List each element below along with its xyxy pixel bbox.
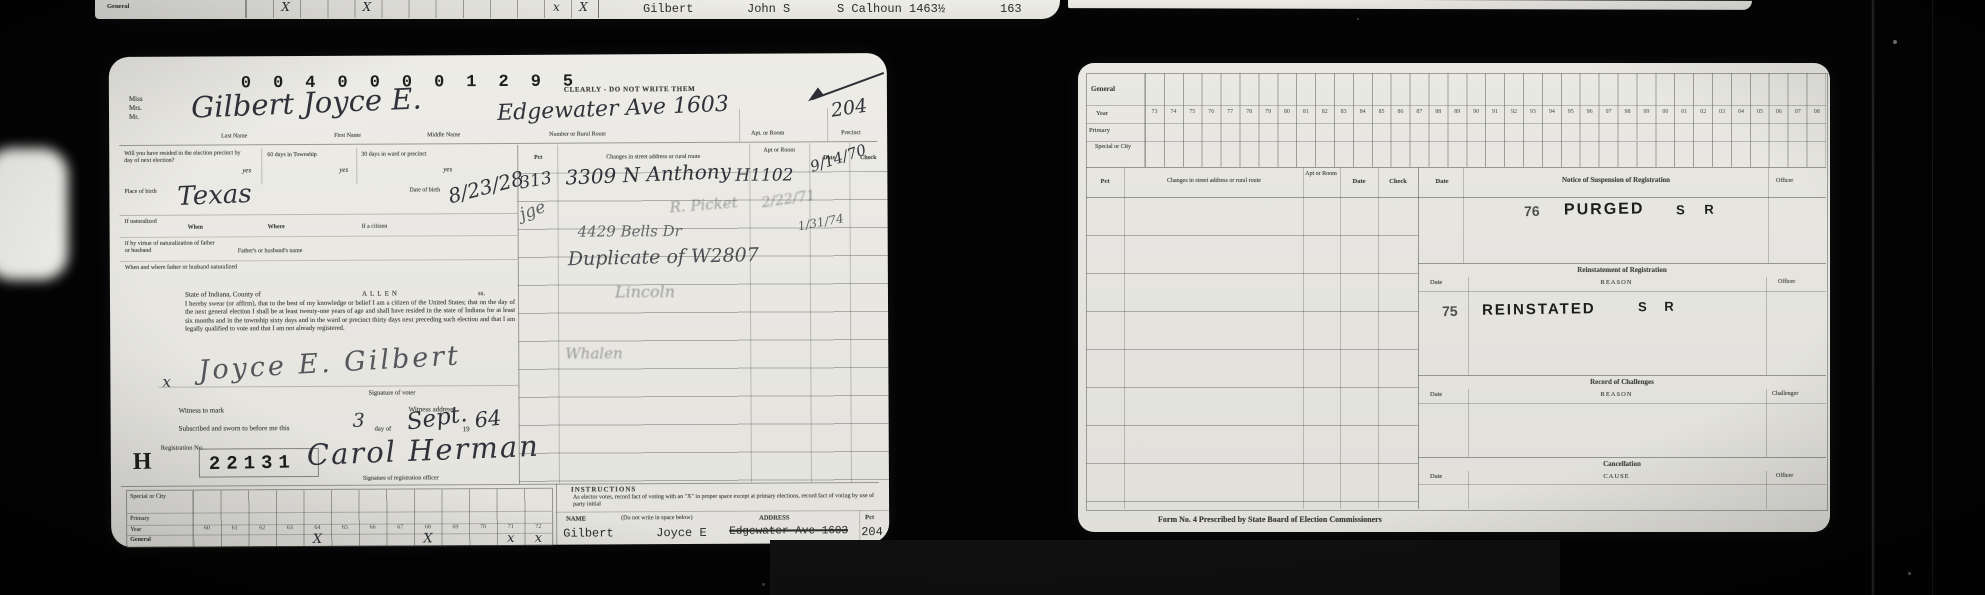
rgrid-general-label: General — [1091, 85, 1115, 93]
strip-general-label: General — [107, 3, 129, 10]
rtable-officer-divider — [1768, 167, 1769, 263]
cancellation-title: Cancellation — [1418, 460, 1826, 468]
changes-pct-header: Pct — [519, 155, 557, 162]
film-dark-band — [770, 540, 1560, 595]
sworn-day-value: 3 — [353, 410, 365, 432]
when-label: When — [188, 225, 203, 232]
cancellation-date-header: Date — [1430, 473, 1442, 480]
prefix-mr-label: Mr. — [129, 113, 139, 121]
rtable-date-header: Date — [1340, 178, 1378, 185]
record-address-header: ADDRESS — [759, 514, 789, 522]
question-2-label: 60 days in Township — [267, 152, 339, 159]
question-3-answer: yes — [443, 165, 452, 173]
strip-vote-cells: XXxX — [245, 0, 597, 18]
microfilm-frame: General XXxX Gilbert John S S Calhoun 14… — [0, 0, 1985, 595]
sworn-day-of-label: day of — [375, 426, 391, 434]
reinstatement-officer-header: Officer — [1778, 279, 1795, 286]
rgrid-rule-2 — [1086, 123, 1826, 124]
rtable-changes-header: Changes in street address or rural route — [1126, 178, 1302, 185]
left-registration-card: 00400001295 CLEARLY - DO NOT WRITE THEM … — [109, 53, 890, 547]
father-name-label: Father's or husband's name — [238, 248, 303, 255]
birth-rule — [120, 213, 518, 216]
rgrid-special-label: Special or City — [1089, 144, 1137, 151]
voter-signature-label: Signature of voter — [368, 389, 415, 397]
change-entry-6-text: Whalen — [565, 344, 622, 362]
question-1-answer: yes — [242, 166, 251, 174]
record-pct-divider — [859, 510, 860, 543]
precinct-label: Precinct — [841, 130, 861, 137]
vote-grid: Special or City Primary Year 60616263646… — [126, 488, 553, 548]
reinstatement-officer-divider — [1766, 277, 1767, 375]
naturalized-rule — [120, 235, 518, 238]
change-entry-3-text: 4429 Bells Dr — [578, 222, 682, 241]
record-typed-pct: 204 — [861, 525, 883, 539]
vote-grid-general-label: General — [130, 537, 151, 544]
father-rule — [120, 259, 518, 262]
record-typed-first-name: Joyce E — [656, 526, 706, 540]
vote-grid-general-marks: XXxx — [193, 531, 552, 547]
cancellation-cause-header: CAUSE — [1470, 473, 1763, 480]
form-number-footer: Form No. 4 Prescribed by State Board of … — [1158, 515, 1382, 524]
vote-grid-special-label: Special or City — [130, 494, 188, 501]
sworn-year-value: 64 — [473, 406, 502, 433]
rtable-susp-date-divider — [1463, 167, 1464, 263]
film-speck-3 — [1908, 572, 1911, 575]
top-partial-card: General XXxX Gilbert John S S Calhoun 14… — [95, 0, 1060, 19]
registration-no-label: Registration No. — [161, 445, 204, 453]
film-speck-1 — [1893, 40, 1897, 44]
voter-x-mark: x — [162, 373, 171, 391]
reinstatement-title: Reinstatement of Registration — [1418, 266, 1826, 274]
reinstatement-top-rule — [1418, 263, 1826, 264]
reinstated-year-stamp: 75 — [1442, 303, 1458, 319]
place-of-birth-value: Texas — [177, 179, 252, 212]
header-divider-2 — [827, 108, 828, 141]
question-1-label: Will you have resided in the election pr… — [124, 150, 242, 164]
if-citizen-label: If a citizen — [362, 224, 388, 231]
voter-signature: Joyce E. Gilbert — [198, 340, 462, 386]
written-address: Edgewater Ave 1603 — [497, 92, 730, 126]
apt-room-label: Apt. or Room — [751, 131, 784, 138]
changes-apt-header: Apt or Room — [750, 147, 808, 154]
rgrid-years: 7374757677787980818283848586878889909192… — [1145, 109, 1826, 121]
rtable-susp-date-header: Date — [1420, 178, 1464, 185]
instructions-body: As elector votes, record fact of voting … — [573, 493, 881, 508]
vote-grid-year-label: Year — [130, 526, 141, 533]
officer-signature: Carol Herman — [306, 429, 540, 472]
question-2-answer: yes — [339, 166, 348, 174]
change-entry-4-text: Duplicate of W2807 — [568, 244, 760, 270]
purged-year-stamp: 76 — [1524, 203, 1540, 219]
record-typed-last-name: Gilbert — [563, 526, 613, 540]
change-entry-5-text: Lincoln — [615, 282, 675, 301]
strip-typed-pct: 163 — [1000, 2, 1022, 16]
film-scratch-line — [1872, 0, 1874, 595]
change-entry-1-apt: H1102 — [735, 165, 793, 185]
instructions-title: INSTRUCTIONS — [571, 485, 636, 493]
first-name-label: First Name — [334, 133, 361, 140]
challenges-reason-header: REASON — [1470, 391, 1763, 398]
purged-stamp: PURGED — [1564, 200, 1645, 219]
written-voter-name: Gilbert Joyce E. — [190, 81, 422, 124]
challenges-officer-divider — [1766, 389, 1767, 457]
bottom-section-rule — [121, 482, 879, 487]
strip-typed-first-name: John S — [747, 2, 790, 16]
challenges-date-divider — [1468, 389, 1469, 457]
affidavit-body: I hereby swear (or affirm), that to the … — [185, 299, 515, 334]
prefix-mrs-label: Mrs. — [129, 104, 142, 112]
challenges-challenger-header: Challenger — [1772, 391, 1798, 398]
purged-initials-stamp: S R — [1676, 202, 1722, 218]
father-naturalization-label: If by virtue of naturalization of father… — [125, 240, 220, 254]
rtable-check-header: Check — [1378, 178, 1418, 185]
middle-name-label: Middle Name — [427, 132, 460, 139]
where-label: Where — [268, 224, 285, 231]
place-of-birth-label: Place of birth — [124, 189, 170, 196]
affidavit-state-line: State of Indiana, County of — [185, 290, 261, 298]
rtable-pct-header: Pct — [1086, 178, 1124, 185]
reinstatement-reason-header: REASON — [1470, 279, 1763, 286]
record-header-rule — [556, 510, 889, 513]
record-note-header: (Do not write in space below) — [621, 515, 693, 522]
rgrid-rule-3 — [1086, 141, 1826, 142]
cancellation-top-rule — [1418, 457, 1826, 458]
film-speck-4 — [762, 583, 765, 586]
rtable-officer-header: Officer — [1776, 178, 1793, 185]
header-divider-1 — [739, 109, 740, 142]
prefix-miss-label: Miss — [129, 95, 143, 103]
date-of-birth-value: 8/23/28 — [446, 166, 527, 208]
date-of-birth-label: Date of birth — [409, 187, 449, 194]
registration-number-stamp: 22131 — [209, 451, 296, 475]
film-light-blob — [0, 148, 68, 280]
question-divider-1 — [261, 148, 262, 184]
film-speck-5 — [1357, 18, 1359, 20]
reinstated-initials-stamp: S R — [1638, 299, 1681, 315]
challenges-title: Record of Challenges — [1418, 378, 1826, 386]
rtable-suspension-header: Notice of Suspension of Registration — [1466, 176, 1766, 184]
header-rule — [119, 141, 877, 146]
pen-arrow-mark — [794, 69, 889, 107]
rgrid-year-label: Year — [1096, 110, 1108, 117]
rgrid-bottom-rule — [1086, 167, 1826, 168]
rgrid-rule-1 — [1086, 105, 1826, 106]
affidavit-ss: ss. — [478, 289, 485, 297]
rtable-row-lines — [1086, 235, 1418, 509]
rtable-apt-header: Apt or Room — [1304, 171, 1338, 178]
top-right-card-sliver — [1068, 0, 1752, 10]
vote-grid-primary-label: Primary — [130, 516, 149, 523]
reinstatement-header-rule — [1418, 291, 1826, 292]
record-name-header: NAME — [566, 516, 586, 524]
record-typed-address: Edgewater Ave 1603 — [729, 525, 848, 538]
street-number-label: Number or Rural Route — [549, 131, 606, 138]
officer-signature-label: Signature of registration officer — [363, 475, 439, 482]
strip-typed-address: S Calhoun 1463½ — [837, 2, 945, 16]
challenges-top-rule — [1418, 375, 1826, 376]
when-where-naturalized-label: When and where father or husband natural… — [125, 264, 240, 271]
reinstatement-date-divider — [1468, 277, 1469, 375]
cancellation-header-rule — [1418, 484, 1826, 485]
cancellation-date-divider — [1468, 471, 1469, 509]
witness-to-mark-label: Witness to mark — [179, 406, 225, 414]
affidavit-county: ALLEN — [362, 290, 400, 298]
rtable-header-bottom-rule — [1086, 197, 1826, 198]
question-3-label: 30 days in ward or precinct — [361, 151, 441, 158]
question-divider-2 — [356, 148, 357, 184]
registration-prefix-stamp: H — [133, 449, 152, 476]
challenges-date-header: Date — [1430, 391, 1442, 398]
reinstatement-date-header: Date — [1430, 279, 1442, 286]
sworn-prefix-label: Subscribed and sworn to before me this — [179, 424, 290, 433]
if-naturalized-label: If naturalized — [125, 219, 171, 226]
cancellation-officer-divider — [1766, 471, 1767, 509]
strip-typed-last-name: Gilbert — [643, 2, 693, 16]
do-not-write-notice: CLEARLY - DO NOT WRITE THEM — [564, 85, 695, 94]
record-pct-header: Pct — [865, 514, 874, 522]
right-record-card: General Year 737475767778798081828384858… — [1078, 63, 1830, 532]
reinstated-stamp: REINSTATED — [1482, 300, 1596, 319]
challenges-header-rule — [1418, 403, 1826, 404]
last-name-label: Last Name — [221, 133, 247, 140]
film-speck-2 — [1636, 139, 1639, 142]
cancellation-officer-header: Officer — [1776, 473, 1793, 480]
rgrid-primary-label: Primary — [1089, 127, 1110, 134]
bottom-section-divider — [556, 484, 557, 545]
film-scratch-line-2 — [1932, 0, 1933, 595]
